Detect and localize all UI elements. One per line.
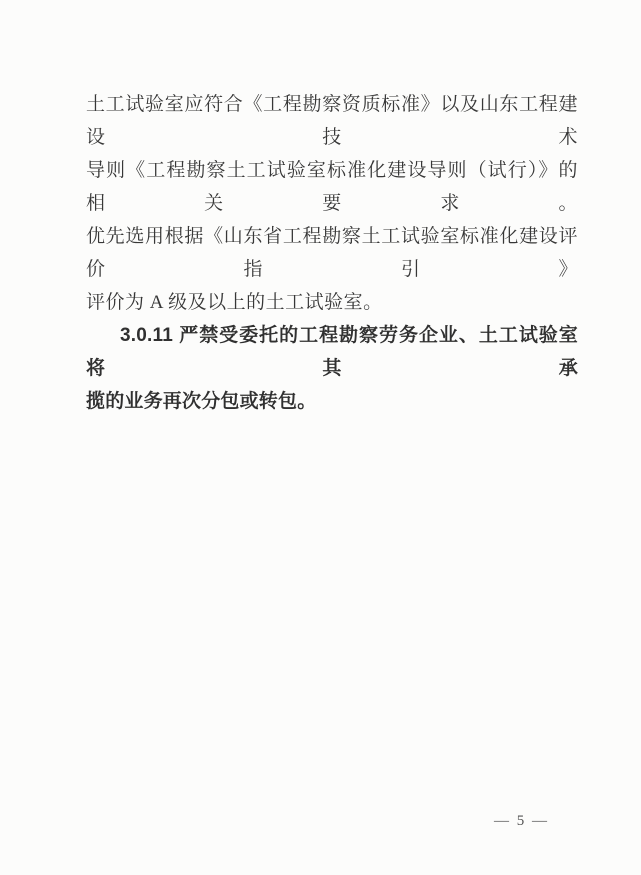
paragraph-continuation-line-2: 导则《工程勘察土工试验室标准化建设导则（试行）》的相关要求。: [86, 154, 578, 220]
clause-3-0-11-line-1: 3.0.11 严禁受委托的工程勘察劳务企业、土工试验室将其承: [86, 319, 578, 385]
page-number: — 5 —: [494, 810, 549, 832]
paragraph-clause-3-0-11: 3.0.11 严禁受委托的工程勘察劳务企业、土工试验室将其承 揽的业务再次分包或…: [86, 319, 578, 418]
paragraph-continuation-line-1: 土工试验室应符合《工程勘察资质标准》以及山东工程建设技术: [86, 88, 578, 154]
text-block: 土工试验室应符合《工程勘察资质标准》以及山东工程建设技术 导则《工程勘察土工试验…: [86, 88, 578, 418]
paragraph-continuation: 土工试验室应符合《工程勘察资质标准》以及山东工程建设技术 导则《工程勘察土工试验…: [86, 88, 578, 319]
document-page: 土工试验室应符合《工程勘察资质标准》以及山东工程建设技术 导则《工程勘察土工试验…: [0, 0, 641, 875]
paragraph-continuation-line-4: 评价为 A 级及以上的土工试验室。: [86, 286, 578, 319]
paragraph-continuation-line-3: 优先选用根据《山东省工程勘察土工试验室标准化建设评价指引》: [86, 220, 578, 286]
clause-3-0-11-line-2: 揽的业务再次分包或转包。: [86, 385, 578, 418]
